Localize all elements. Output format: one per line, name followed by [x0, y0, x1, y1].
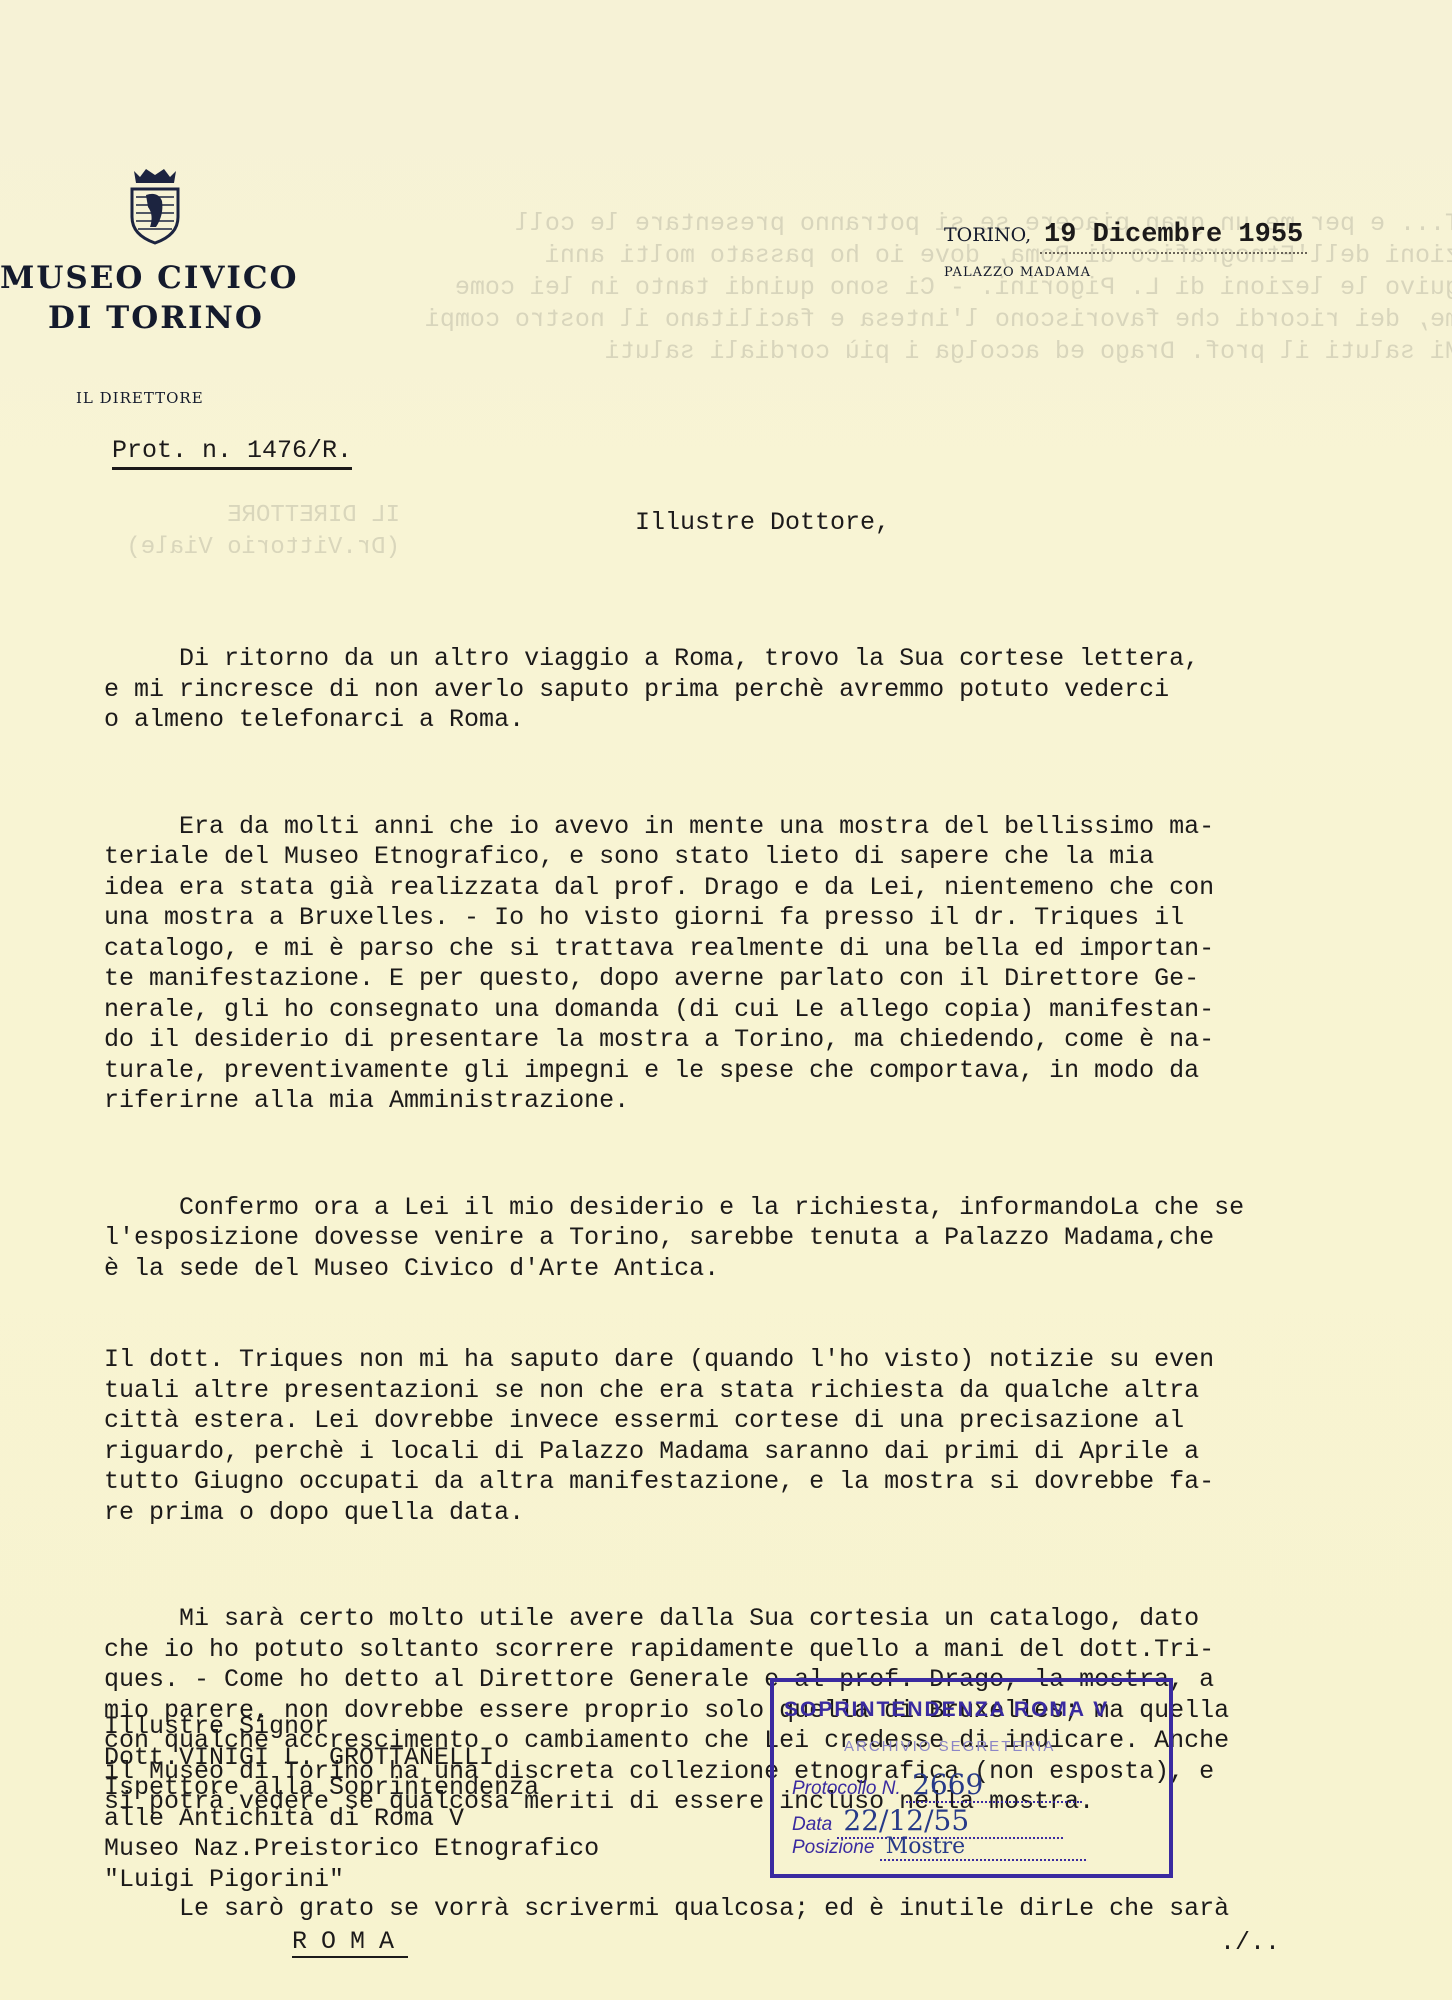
stamp-date-label: Data	[792, 1814, 832, 1835]
paragraph-1: Di ritorno da un altro viaggio a Roma, t…	[104, 644, 1424, 736]
paragraph-2: Era da molti anni che io avevo in mente …	[104, 812, 1424, 1117]
letter-date: 19 Dicembre 1955	[1040, 220, 1307, 254]
museum-name-line2: DI TORINO	[0, 298, 299, 338]
salutation: Illustre Dottore,	[635, 508, 890, 537]
stamp-protocol-value: 2669	[906, 1768, 1082, 1803]
paragraph-3: Confermo ora a Lei il mio desiderio e la…	[104, 1193, 1424, 1285]
stamp-title: SOPRINTENDENZA ROMA V	[784, 1698, 1109, 1722]
city-crest-icon	[128, 165, 182, 245]
protocol-number: Prot. n. 1476/R.	[112, 436, 352, 470]
stamp-protocol-row: Protocollo N. 2669	[792, 1768, 1082, 1803]
stamp-position-row: Posizione Mostre	[792, 1834, 1086, 1861]
stamp-position-label: Posizione	[792, 1837, 874, 1858]
show-through-signature: IL DIRETTORE (Dr.Vittorio Viale)	[40, 500, 400, 564]
received-stamp: SOPRINTENDENZA ROMA V ARCHIVIO SEGRETERI…	[770, 1678, 1173, 1878]
recipient-city: ROMA	[292, 1927, 408, 1958]
director-label: IL DIRETTORE	[76, 389, 204, 407]
place-subtitle: PALAZZO MADAMA	[944, 265, 1091, 280]
museum-name: MUSEO CIVICO DI TORINO	[0, 258, 299, 338]
paragraph-4: Il dott. Triques non mi ha saputo dare (…	[104, 1345, 1424, 1528]
continuation-mark: ./..	[1220, 1928, 1280, 1957]
stamp-subtitle: ARCHIVIO SEGRETERIA	[844, 1738, 1055, 1755]
museum-name-line1: MUSEO CIVICO	[0, 260, 299, 296]
paragraph-6: Le sarò grato se vorrà scrivermi qualcos…	[104, 1894, 1424, 1925]
letter-page: T... e per me un gran piacere se si potr…	[0, 0, 1452, 2000]
stamp-position-value: Mostre	[880, 1834, 1086, 1861]
stamp-protocol-label: Protocollo N.	[792, 1778, 901, 1799]
place-label: TORINO,	[944, 224, 1031, 246]
recipient-address: Illustre Signor Dott.VINIGI L. GROTTANEL…	[104, 1712, 599, 1895]
